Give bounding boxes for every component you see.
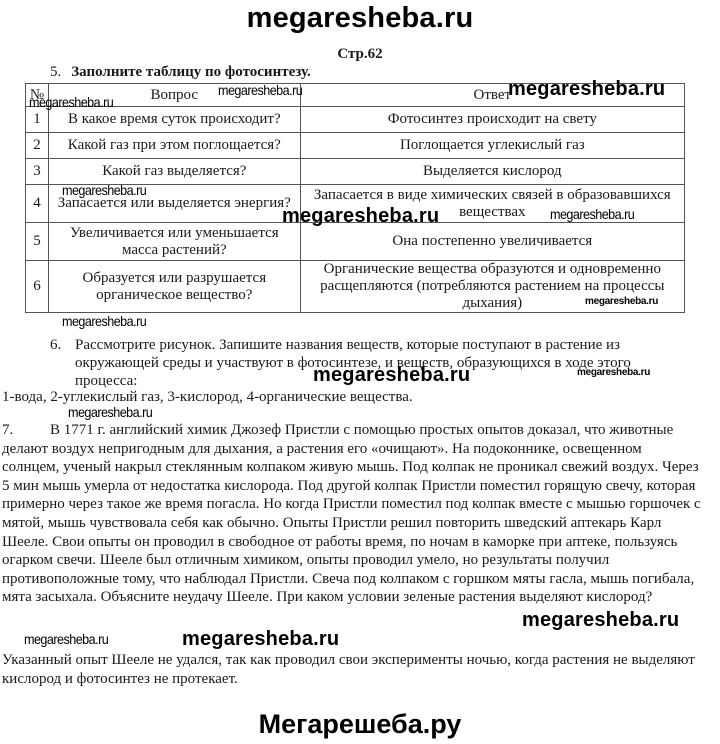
row-number: 5 [26,223,49,261]
task7-number: 7. [2,421,50,440]
row-answer: Она постепенно увеличивается [300,223,684,261]
row-question: Какой газ при этом поглощается? [48,133,300,159]
table-row: 5 Увеличивается или уменьшается масса ра… [26,223,685,261]
watermark-overlay: megaresheba.ru [182,628,339,651]
watermark-overlay: megaresheba.ru [522,609,679,632]
watermark-bottom: Мегарешеба.ру [0,709,720,740]
table-row: 3 Какой газ выделяется? Выделяется кисло… [26,159,685,185]
task7-question: 7.В 1771 г. английский химик Джозеф Прис… [2,421,702,607]
photosynthesis-table: № Вопрос Ответ 1 В какое время суток про… [25,83,685,313]
watermark-overlay: megaresheba.ru [218,82,302,98]
page-label: Стр.62 [0,46,720,63]
row-answer: Выделяется кислород [300,159,684,185]
watermark-overlay: megaresheba.ru [62,182,146,198]
watermark-overlay: megaresheba.ru [62,313,146,329]
watermark-overlay: megaresheba.ru [29,94,113,110]
watermark-overlay: megaresheba.ru [585,296,658,307]
task6-question: 6. Рассмотрите рисунок. Запишите названи… [75,336,695,390]
watermark-overlay: megaresheba.ru [282,205,439,228]
row-number: 4 [26,185,49,223]
task6-number: 6. [50,336,61,354]
watermark-top: megaresheba.ru [0,2,720,35]
row-number: 3 [26,159,49,185]
row-answer: Фотосинтез происходит на свету [300,107,684,133]
watermark-overlay: megaresheba.ru [508,78,665,101]
row-question: Образуется или разрушается органическое … [48,261,300,313]
row-question: Какой газ выделяется? [48,159,300,185]
row-question: В какое время суток происходит? [48,107,300,133]
task7-answer: Указанный опыт Шееле не удался, так как … [2,651,702,688]
task6-text: Рассмотрите рисунок. Запишите названия в… [75,337,631,389]
task5-number: 5. [50,64,61,80]
task5-title-text: Заполните таблицу по фотосинтезу. [71,64,310,80]
table-row: 2 Какой газ при этом поглощается? Поглощ… [26,133,685,159]
watermark-overlay: megaresheba.ru [68,404,152,420]
row-question: Увеличивается или уменьшается масса раст… [48,223,300,261]
watermark-overlay: megaresheba.ru [24,631,108,647]
row-number: 2 [26,133,49,159]
task6-answer: 1-вода, 2-углекислый газ, 3-кислород, 4-… [2,389,413,406]
table-row: 1 В какое время суток происходит? Фотоси… [26,107,685,133]
row-number: 6 [26,261,49,313]
row-answer: Поглощается углекислый газ [300,133,684,159]
task5-title: 5.Заполните таблицу по фотосинтезу. [50,64,311,81]
watermark-overlay: megaresheba.ru [550,206,634,222]
task7-text: В 1771 г. английский химик Джозеф Пристл… [2,422,701,605]
row-number: 1 [26,107,49,133]
